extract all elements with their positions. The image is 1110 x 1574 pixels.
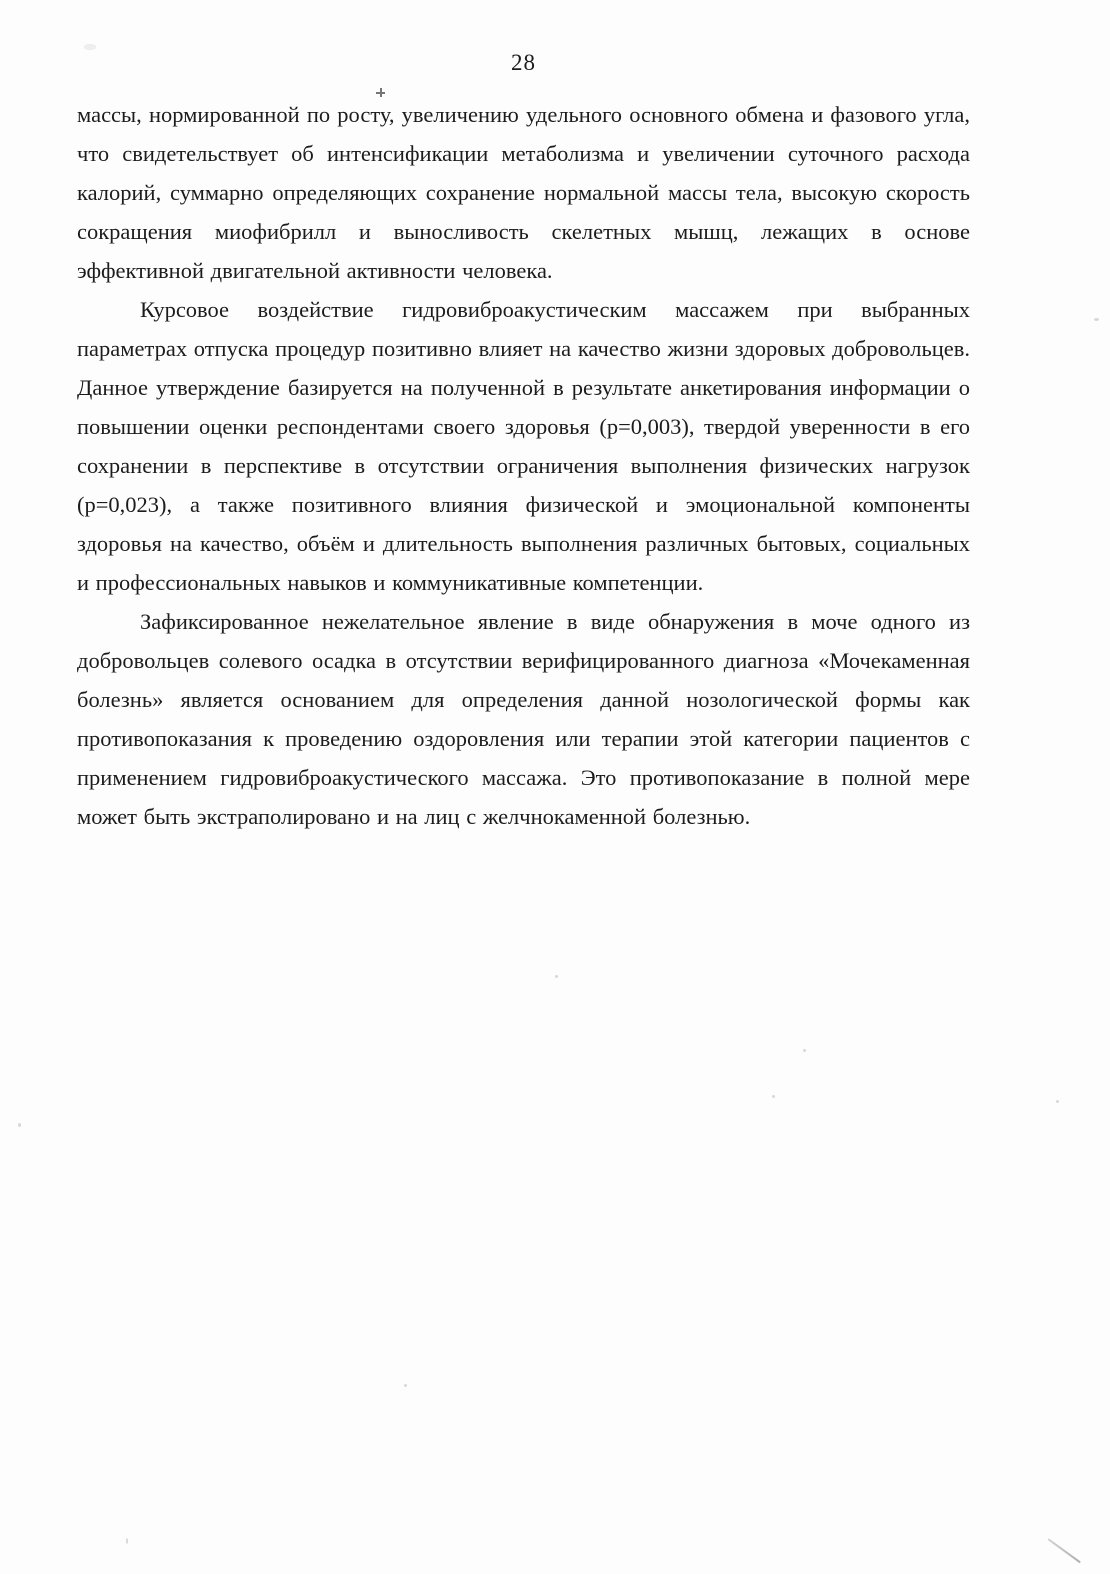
scan-speck bbox=[772, 1095, 775, 1098]
text-block: массы, нормированной по росту, увеличени… bbox=[77, 95, 970, 836]
pen-scratch-artifact bbox=[1047, 1538, 1081, 1563]
page-number: 28 bbox=[77, 48, 970, 78]
paragraph-1: массы, нормированной по росту, увеличени… bbox=[77, 95, 970, 290]
scan-speck bbox=[126, 1538, 128, 1544]
paragraph-3: Зафиксированное нежелательное явление в … bbox=[77, 602, 970, 836]
paragraph-2: Курсовое воздействие гидровиброакустичес… bbox=[77, 290, 970, 602]
scan-speck bbox=[1056, 1100, 1059, 1103]
scan-speck bbox=[1094, 318, 1099, 321]
scan-speck bbox=[803, 1049, 806, 1052]
document-page: 28 массы, нормированной по росту, увелич… bbox=[0, 0, 1110, 1574]
scan-speck bbox=[404, 1384, 407, 1387]
scan-speck bbox=[18, 1123, 21, 1127]
scan-speck bbox=[555, 975, 558, 978]
